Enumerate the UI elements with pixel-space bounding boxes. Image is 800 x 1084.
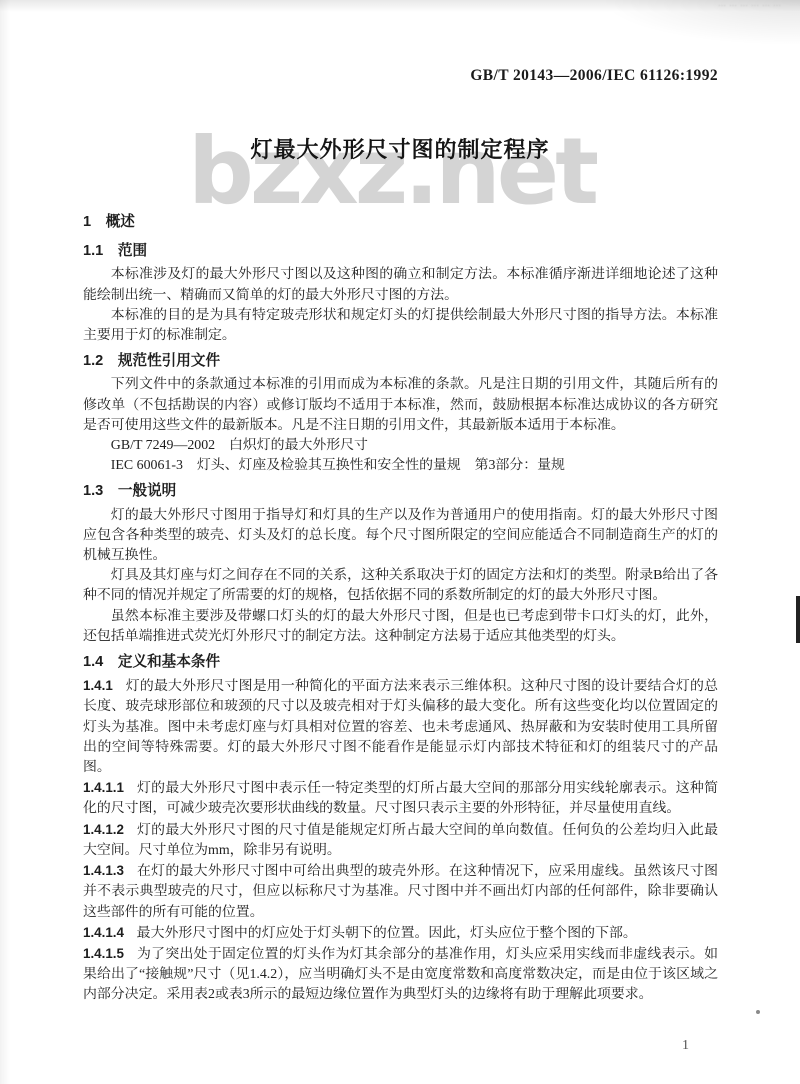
clause-paragraph: 1.4.1灯的最大外形尺寸图是用一种简化的平面方法来表示三维体积。这种尺寸图的设… xyxy=(83,676,718,778)
paragraph: 虽然本标准主要涉及带螺口灯头的灯的最大外形尺寸图，但是也已考虑到带卡口灯头的灯，… xyxy=(83,607,718,647)
reference-item: GB/T 7249—2002 白炽灯的最大外形尺寸 xyxy=(83,436,718,456)
clause-text: 为了突出处于固定位置的灯头作为灯其余部分的基准作用，灯头应采用实线而非虚线表示。… xyxy=(83,947,718,1002)
scan-artifact-line xyxy=(796,596,800,643)
section-heading: 1 概述 xyxy=(83,212,718,232)
scan-shade-top xyxy=(0,0,800,12)
clause-paragraph: 1.4.1.2灯的最大外形尺寸图的尺寸值是能规定灯所占最大空间的单向数值。任何负… xyxy=(83,820,718,861)
clause-paragraph: 1.4.1.5为了突出处于固定位置的灯头作为灯其余部分的基准作用，灯头应采用实线… xyxy=(83,944,718,1006)
clause-paragraph: 1.4.1.4最大外形尺寸图中的灯应处于灯头朝下的位置。因此，灯头应位于整个图的… xyxy=(83,923,718,944)
reference-item: IEC 60061-3 灯头、灯座及检验其互换性和安全性的量规 第3部分：量规 xyxy=(83,456,718,476)
document-body: 1 概述 1.1 范围 本标准涉及灯的最大外形尺寸图以及这种图的确立和制定方法。… xyxy=(83,212,718,1006)
paragraph: 灯具及其灯座与灯之间存在不同的关系，这种关系取决于灯的固定方法和灯的类型。附录B… xyxy=(83,566,718,606)
sub-heading: 1.4 定义和基本条件 xyxy=(83,652,718,672)
paragraph: 本标准的目的是为具有特定玻壳形状和规定灯头的灯提供绘制最大外形尺寸图的指导方法。… xyxy=(83,306,718,346)
clause-number: 1.4.1.2 xyxy=(83,822,124,837)
clause-paragraph: 1.4.1.1灯的最大外形尺寸图中表示任一特定类型的灯所占最大空间的那部分用实线… xyxy=(83,778,718,819)
clause-text: 在灯的最大外形尺寸图中可给出典型的玻壳外形。在这种情况下，应采用虚线。虽然该尺寸… xyxy=(83,864,718,919)
document-title: 灯最大外形尺寸图的制定程序 xyxy=(0,133,800,164)
clause-text: 最大外形尺寸图中的灯应处于灯头朝下的位置。因此，灯头应位于整个图的下部。 xyxy=(137,926,637,941)
clause-text: 灯的最大外形尺寸图是用一种简化的平面方法来表示三维体积。这种尺寸图的设计要结合灯… xyxy=(83,679,718,775)
clause-number: 1.4.1.4 xyxy=(83,925,124,940)
clause-number: 1.4.1.5 xyxy=(83,946,124,961)
sub-heading: 1.1 范围 xyxy=(83,241,718,261)
clause-number: 1.4.1.3 xyxy=(83,863,124,878)
clause-number: 1.4.1 xyxy=(83,678,113,693)
paragraph: 本标准涉及灯的最大外形尺寸图以及这种图的确立和制定方法。本标准循序渐进详细地论述… xyxy=(83,265,718,305)
sub-heading: 1.3 一般说明 xyxy=(83,481,718,501)
scan-artifact-dot xyxy=(756,1010,760,1014)
clause-number: 1.4.1.1 xyxy=(83,780,124,795)
standard-number: GB/T 20143—2006/IEC 61126:1992 xyxy=(470,67,718,85)
page-number: 1 xyxy=(682,1038,689,1054)
faint-corner-mark: ⋯⋯⋯⋯⋯⋯ xyxy=(718,1,784,10)
scanned-document-page: ⋯⋯⋯⋯⋯⋯ GB/T 20143—2006/IEC 61126:1992 bz… xyxy=(0,0,800,1084)
sub-heading: 1.2 规范性引用文件 xyxy=(83,351,718,371)
paragraph: 灯的最大外形尺寸图用于指导灯和灯具的生产以及作为普通用户的使用指南。灯的最大外形… xyxy=(83,506,718,567)
clause-paragraph: 1.4.1.3在灯的最大外形尺寸图中可给出典型的玻壳外形。在这种情况下，应采用虚… xyxy=(83,861,718,923)
clause-text: 灯的最大外形尺寸图中表示任一特定类型的灯所占最大空间的那部分用实线轮廓表示。这种… xyxy=(83,781,718,816)
paragraph: 下列文件中的条款通过本标准的引用而成为本标准的条款。凡是注日期的引用文件，其随后… xyxy=(83,375,718,436)
clause-text: 灯的最大外形尺寸图的尺寸值是能规定灯所占最大空间的单向数值。任何负的公差均归入此… xyxy=(83,823,718,858)
